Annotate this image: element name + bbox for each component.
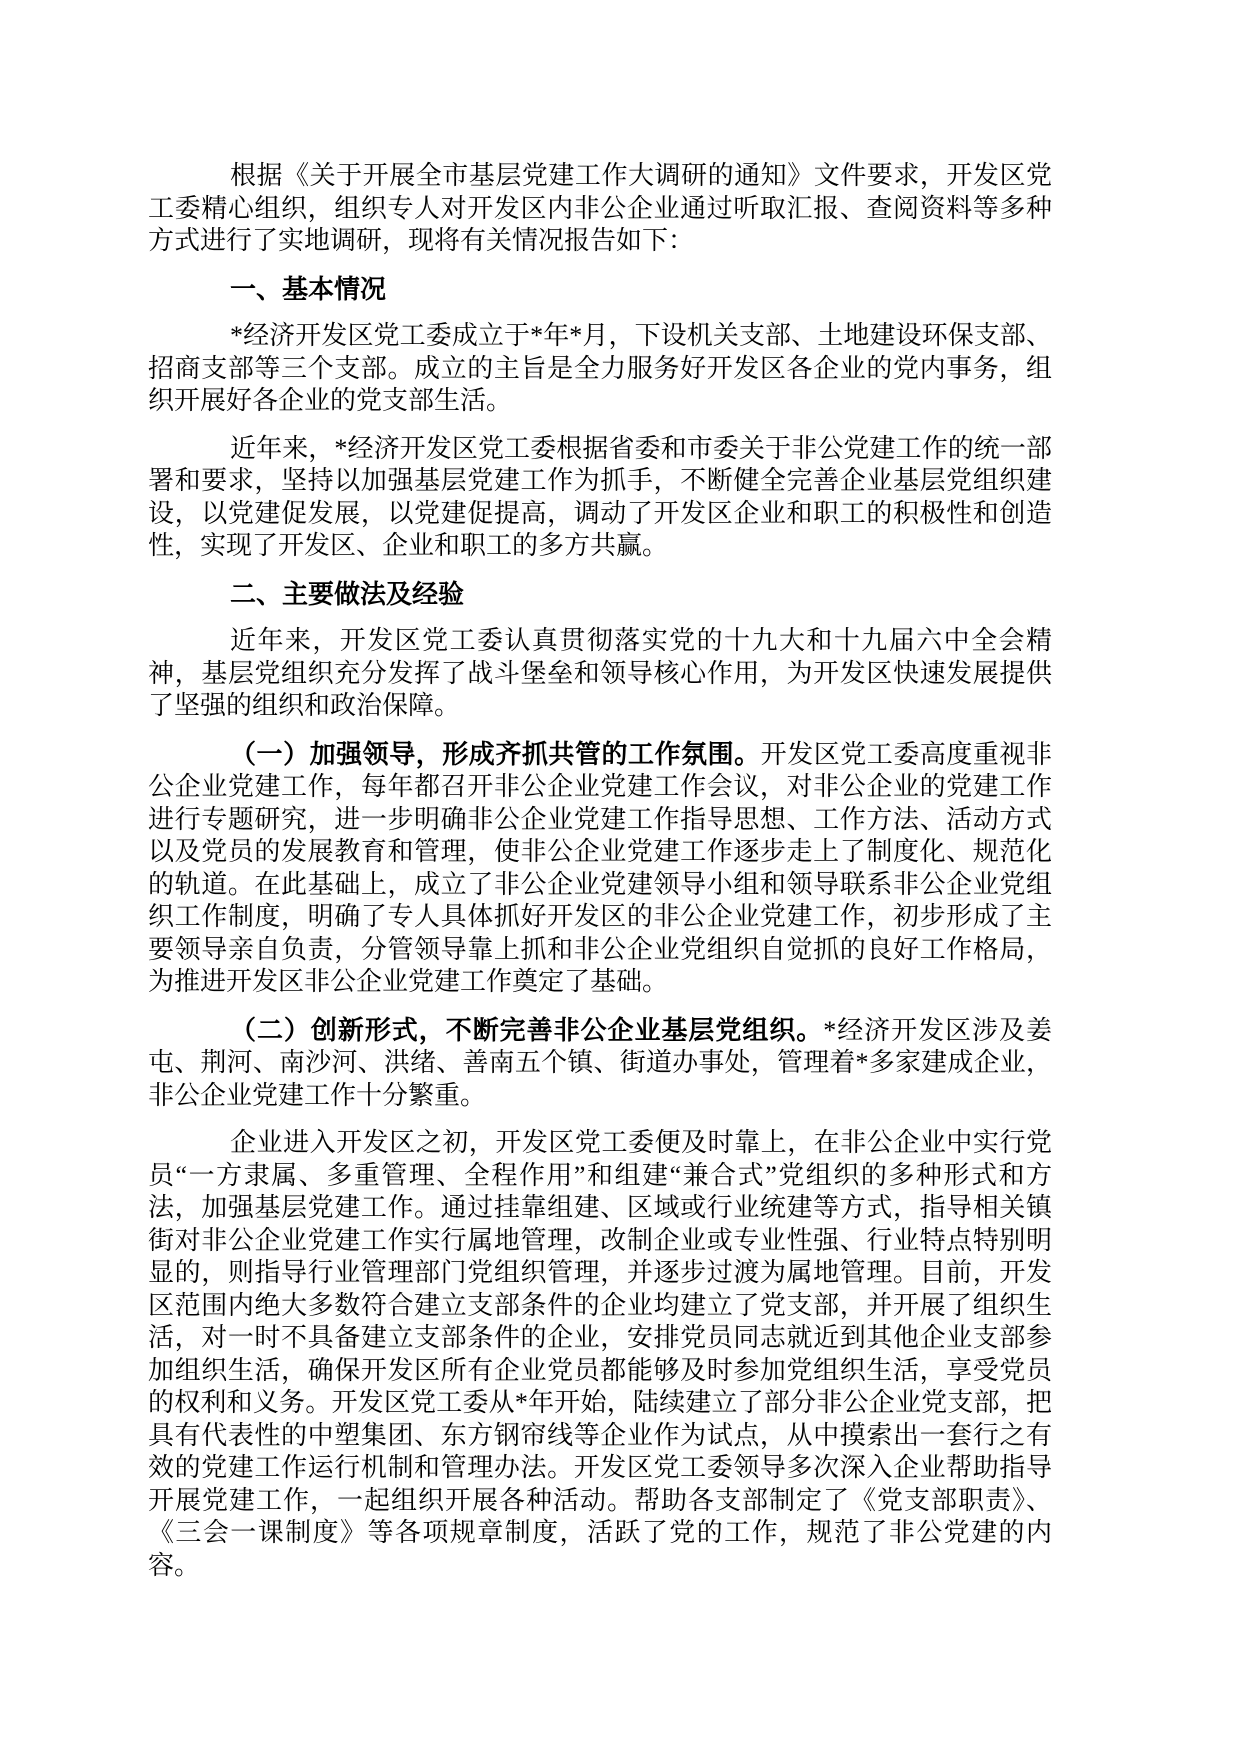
paragraph-intro: 根据《关于开展全市基层党建工作大调研的通知》文件要求，开发区党工委精心组织，组织… — [148, 160, 1052, 258]
paragraph-subsection-1: （一）加强领导，形成齐抓共管的工作氛围。开发区党工委高度重视非公企业党建工作，每… — [148, 738, 1052, 999]
heading-section-2: 二、主要做法及经验 — [148, 578, 1052, 611]
subsection-1-text: 开发区党工委高度重视非公企业党建工作，每年都召开非公企业党建工作会议，对非公企业… — [148, 740, 1052, 997]
paragraph-practices-intro: 近年来，开发区党工委认真贯彻落实党的十九大和十九届六中全会精神，基层党组织充分发… — [148, 625, 1052, 723]
paragraph-basic-info-1: *经济开发区党工委成立于*年*月，下设机关支部、土地建设环保支部、招商支部等三个… — [148, 320, 1052, 418]
paragraph-subsection-2-detail: 企业进入开发区之初，开发区党工委便及时靠上，在非公企业中实行党员“一方隶属、多重… — [148, 1127, 1052, 1582]
document-body: 根据《关于开展全市基层党建工作大调研的通知》文件要求，开发区党工委精心组织，组织… — [148, 160, 1052, 1597]
heading-section-1: 一、基本情况 — [148, 273, 1052, 306]
subsection-2-lead: （二）创新形式，不断完善非公企业基层党组织。 — [230, 1015, 823, 1045]
document-page: 根据《关于开展全市基层党建工作大调研的通知》文件要求，开发区党工委精心组织，组织… — [0, 0, 1240, 1754]
subsection-1-lead: （一）加强领导，形成齐抓共管的工作氛围。 — [230, 739, 761, 769]
paragraph-subsection-2: （二）创新形式，不断完善非公企业基层党组织。*经济开发区涉及姜屯、荆河、南沙河、… — [148, 1014, 1052, 1113]
paragraph-basic-info-2: 近年来，*经济开发区党工委根据省委和市委关于非公党建工作的统一部署和要求，坚持以… — [148, 433, 1052, 563]
